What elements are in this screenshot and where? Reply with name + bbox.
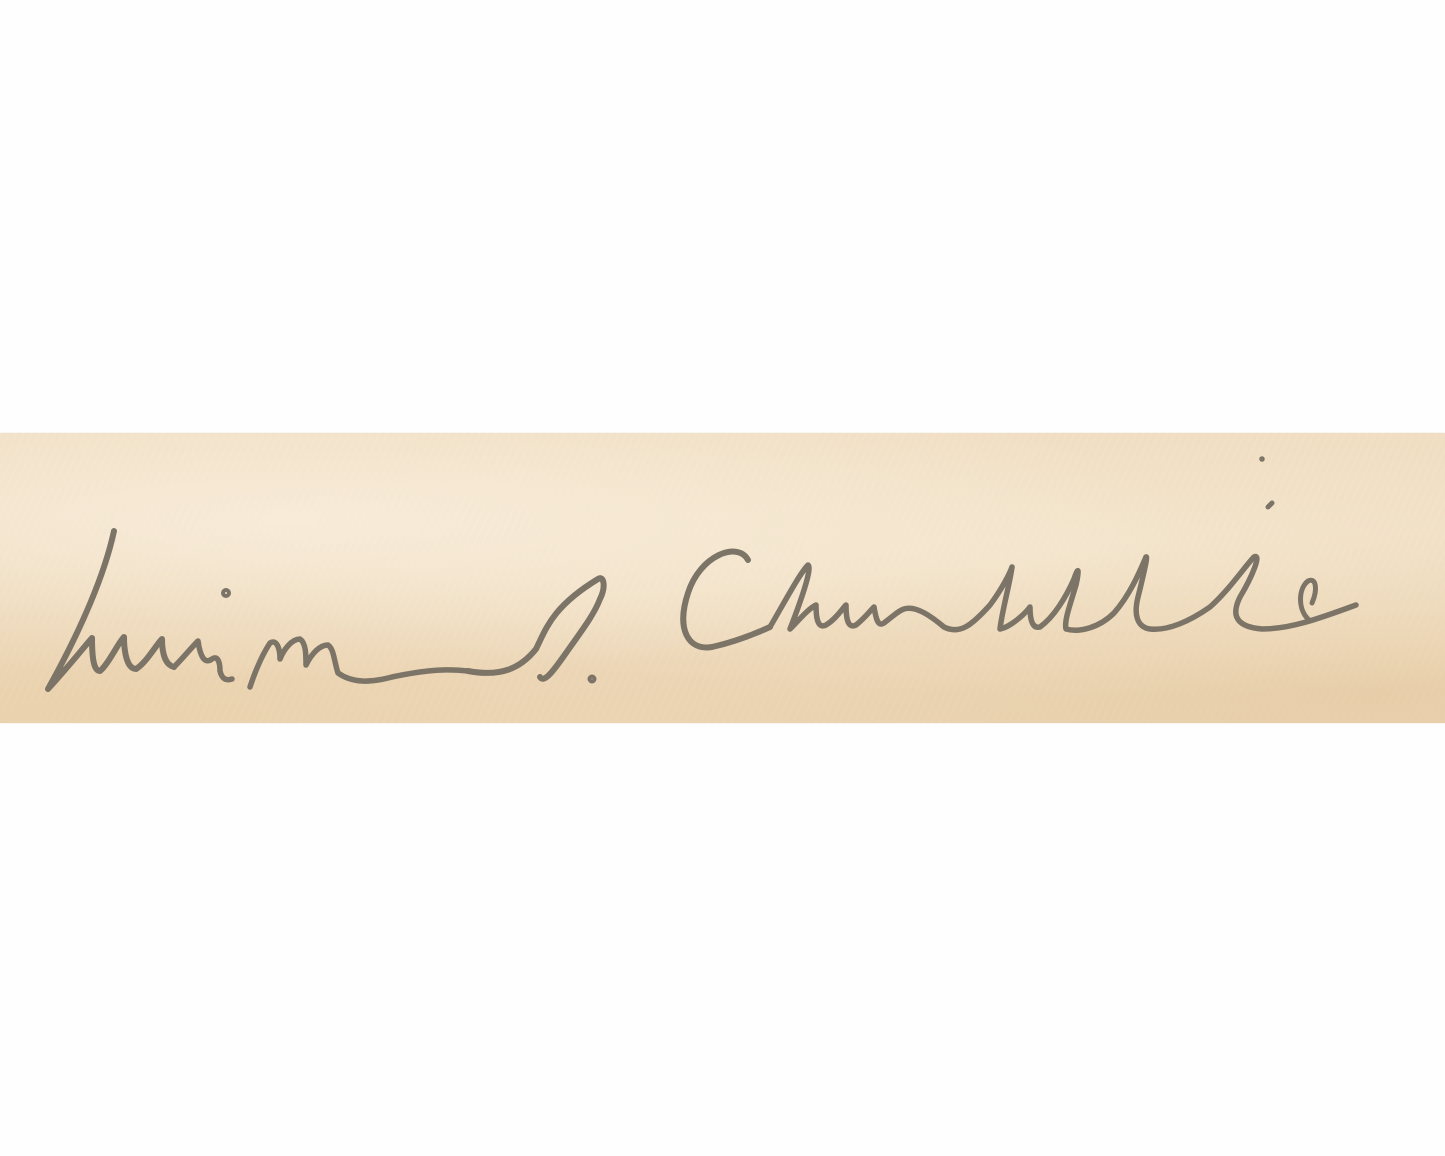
signature-stroke-s — [468, 578, 604, 679]
signature-i-dot-2 — [1268, 503, 1272, 507]
signature-stroke-c — [683, 552, 770, 648]
signature-i-dot — [223, 590, 229, 596]
signature-stroke-n-s — [174, 641, 232, 680]
signature-period — [590, 677, 595, 682]
signature-stroke-w — [48, 531, 174, 689]
paper-strip: Winston S. Churchill — [0, 433, 1445, 723]
paper-speck — [1261, 458, 1264, 461]
photo-background: Winston S. Churchill — [0, 0, 1445, 1156]
signature-stroke-final-e — [1301, 580, 1316, 619]
handwritten-signature — [0, 433, 1445, 723]
signature-stroke-hurchill — [770, 557, 1356, 631]
signature-stroke-m — [250, 639, 468, 687]
